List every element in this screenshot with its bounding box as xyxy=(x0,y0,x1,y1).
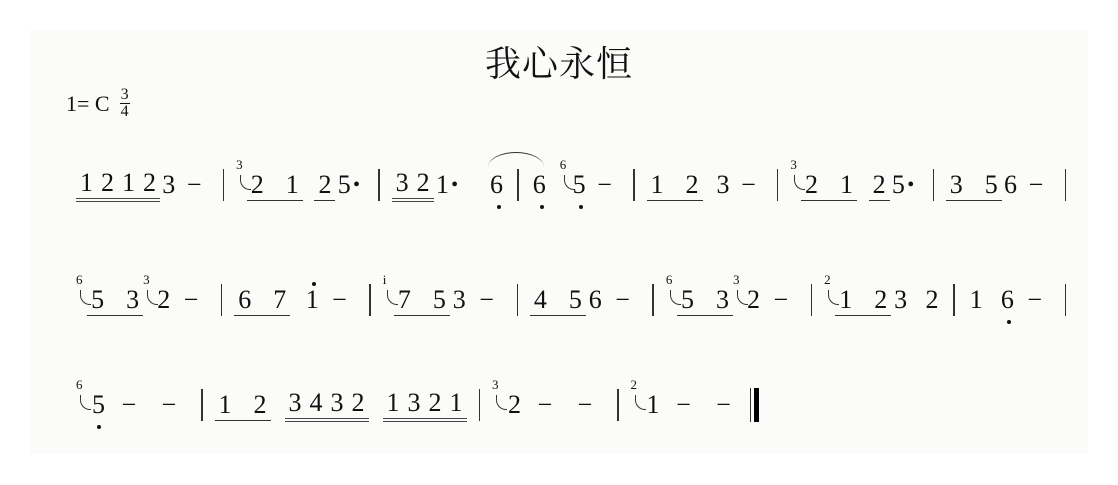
barline xyxy=(953,284,954,316)
grace-note: 3 xyxy=(147,280,154,320)
score-line-1: 1212 3 − 3 21 2 5• 32 1• 6 6 6 5 − 12 3 … xyxy=(76,155,1078,215)
grace-note: 2 xyxy=(828,280,835,320)
grace-note: 6 xyxy=(670,280,677,320)
sixteenth-group: 1212 xyxy=(76,168,160,202)
grace-note: 6 xyxy=(564,165,571,205)
barline xyxy=(479,389,481,421)
barline xyxy=(933,169,934,201)
score-line-3: 6 5 − − 12 3432 1321 3 2 − − 2 1 − − xyxy=(76,375,1078,435)
grace-note: 6 xyxy=(80,385,88,425)
barline xyxy=(633,169,634,201)
barline xyxy=(221,284,222,316)
barline xyxy=(517,284,518,316)
score-line-2: 6 53 3 2 − 67 1 − i 75 3 − 45 6 − 6 53 3… xyxy=(76,270,1078,330)
barline xyxy=(777,169,778,201)
barline xyxy=(1065,284,1066,316)
barline xyxy=(1065,169,1066,201)
barline xyxy=(369,284,370,316)
final-barline xyxy=(750,388,760,422)
barline xyxy=(652,284,653,316)
barline xyxy=(378,169,379,201)
barline xyxy=(811,284,812,316)
grace-note: 6 xyxy=(80,280,87,320)
grace-note: 2 xyxy=(635,385,643,425)
grace-note: 3 xyxy=(794,165,801,205)
grace-note: 3 xyxy=(496,385,504,425)
barline xyxy=(201,389,203,421)
key-signature: 1= C 3 4 xyxy=(66,88,130,119)
score-title: 我心永恒 xyxy=(0,36,1118,87)
grace-note: 3 xyxy=(737,280,744,320)
barline xyxy=(517,169,518,201)
grace-note: 3 xyxy=(240,165,247,205)
barline xyxy=(223,169,224,201)
time-signature: 3 4 xyxy=(120,88,130,119)
grace-note: i xyxy=(387,280,394,320)
key-label: 1= C xyxy=(66,91,110,117)
barline xyxy=(617,389,619,421)
